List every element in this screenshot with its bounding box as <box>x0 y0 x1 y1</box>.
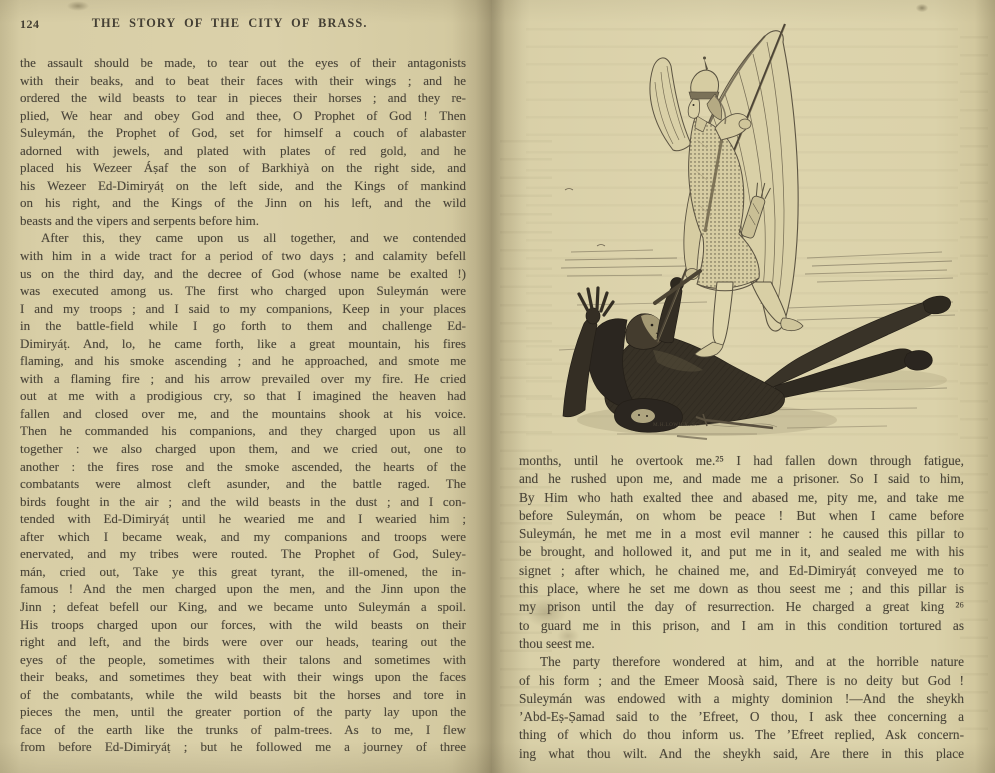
text-line: placed his Wezeer Áṣaf the son of Barkhi… <box>20 159 466 177</box>
text-line: signet ; after which, he chained me, and… <box>519 562 964 580</box>
text-line: thou seest me. <box>519 635 964 653</box>
page-right: M.H.LOWICK. SC. months, until he overtoo… <box>492 0 995 773</box>
text-line: right and left, and the birds were over … <box>20 633 466 651</box>
book-spread: 124 THE STORY OF THE CITY OF BRASS. the … <box>0 0 995 773</box>
text-line: flaming, and his smoke ascending ; and h… <box>20 352 466 370</box>
text-line: with him in a wide tract for a period of… <box>20 247 466 265</box>
text-line: together : we also charged upon them, an… <box>20 440 466 458</box>
text-line: plied, We hear and obey God and thee, O … <box>20 107 466 125</box>
jinn-figure <box>563 278 951 433</box>
text-line: ing what thou wilt. And the sheykh said,… <box>519 745 964 763</box>
text-line: another : the fires rose and the smoke a… <box>20 458 466 476</box>
text-line: enervated, and my tribes were routed. Th… <box>20 545 466 563</box>
text-line: face of the earth like the trunks of pal… <box>20 721 466 739</box>
text-line: tended with Ed-Dimiryáṭ until he wearied… <box>20 510 466 528</box>
text-line: their beaks, and sometimes they beat wit… <box>20 668 466 686</box>
text-line: from before Ed-Dimiryáṭ ; but he followe… <box>20 738 466 756</box>
engraver-signature: M.H.LOWICK. SC. <box>653 422 701 428</box>
text-line: and he rushed upon me, and made me a pri… <box>519 470 964 488</box>
text-line: Jinn ; defeat befell our King, and we be… <box>20 598 466 616</box>
text-line: this place, where he set me down as thou… <box>519 580 964 598</box>
text-line: Suleymán, he met me in a most evil manne… <box>519 525 964 543</box>
text-line: in the battle-field while I go forth to … <box>20 317 466 335</box>
text-line: was executed among us. The first who cha… <box>20 282 466 300</box>
text-line: After this, they came upon us all togeth… <box>20 229 466 247</box>
bleed-through-texture <box>960 36 988 736</box>
page-left: 124 THE STORY OF THE CITY OF BRASS. the … <box>0 0 492 773</box>
text-line: my prison until the day of resurrection.… <box>519 598 964 616</box>
text-line: By Him who hath exalted thee and abased … <box>519 489 964 507</box>
text-line: to guard me in this prison, and I am in … <box>519 617 964 635</box>
text-line: pieces the men, until the greater portio… <box>20 703 466 721</box>
page-number: 124 <box>20 17 40 32</box>
text-line: famous ! And the men charged upon the me… <box>20 580 466 598</box>
text-line: fallen and closed over me, and the mount… <box>20 405 466 423</box>
text-line: birds fought in the air ; and the wild b… <box>20 493 466 511</box>
text-line: The party therefore wondered at him, and… <box>519 653 964 671</box>
running-title: THE STORY OF THE CITY OF BRASS. <box>92 16 368 31</box>
engraving-illustration: M.H.LOWICK. SC. <box>556 20 958 450</box>
text-line: of the combatants, while the wild beasts… <box>20 686 466 704</box>
text-line: I and my troops ; and I said to my compa… <box>20 300 466 318</box>
text-line: ordered the wild beasts to tear in piece… <box>20 89 466 107</box>
text-line: eyes of the people, sometimes with their… <box>20 651 466 669</box>
text-column-left: the assault should be made, to tear out … <box>20 54 466 756</box>
text-line: be brought, and hollowed it, and put me … <box>519 543 964 561</box>
page-header: 124 THE STORY OF THE CITY OF BRASS. <box>20 16 466 34</box>
text-line: adorned with jewels, and plated with pla… <box>20 142 466 160</box>
text-line: us on the third day, and the decree of G… <box>20 265 466 283</box>
text-line: thing of which do thou inform us. The ’E… <box>519 726 964 744</box>
text-line: months, until he overtook me.²⁵ I had fa… <box>519 452 964 470</box>
text-line: Then he commanded his companions, and th… <box>20 422 466 440</box>
text-line: combatants were almost cleft asunder, an… <box>20 475 466 493</box>
text-line: mán, cried out, Take ye this great tyran… <box>20 563 466 581</box>
text-line: the assault should be made, to tear out … <box>20 54 466 72</box>
text-line: with their beaks, and to beat their face… <box>20 72 466 90</box>
text-line: beasts and the vipers and serpents befor… <box>20 212 466 230</box>
text-line: out at me with a prodigious cry, so that… <box>20 387 466 405</box>
text-line: His troops charged upon our forces, with… <box>20 616 466 634</box>
text-column-right: months, until he overtook me.²⁵ I had fa… <box>519 452 964 763</box>
text-line: Suleymán was endowed with a mighty domin… <box>519 690 964 708</box>
text-line: on his right, and the Kings of the Jinn … <box>20 194 466 212</box>
text-line: after which I became weak, and my compan… <box>20 528 466 546</box>
text-line: Suleymán, the Prophet of God, set for hi… <box>20 124 466 142</box>
text-line: of his form ; and the Emeer Moosà said, … <box>519 672 964 690</box>
text-line: with a flaming fire ; and his arrow prev… <box>20 370 466 388</box>
text-line: his Wezeer Ed-Dimiryáṭ on the left side,… <box>20 177 466 195</box>
text-line: Dimiryáṭ. And, lo, he came forth, like a… <box>20 335 466 353</box>
text-line: ’Abd-Eṣ-Ṣamad said to the ’Efreet, O tho… <box>519 708 964 726</box>
text-line: before Suleymán, on whom be peace ! But … <box>519 507 964 525</box>
